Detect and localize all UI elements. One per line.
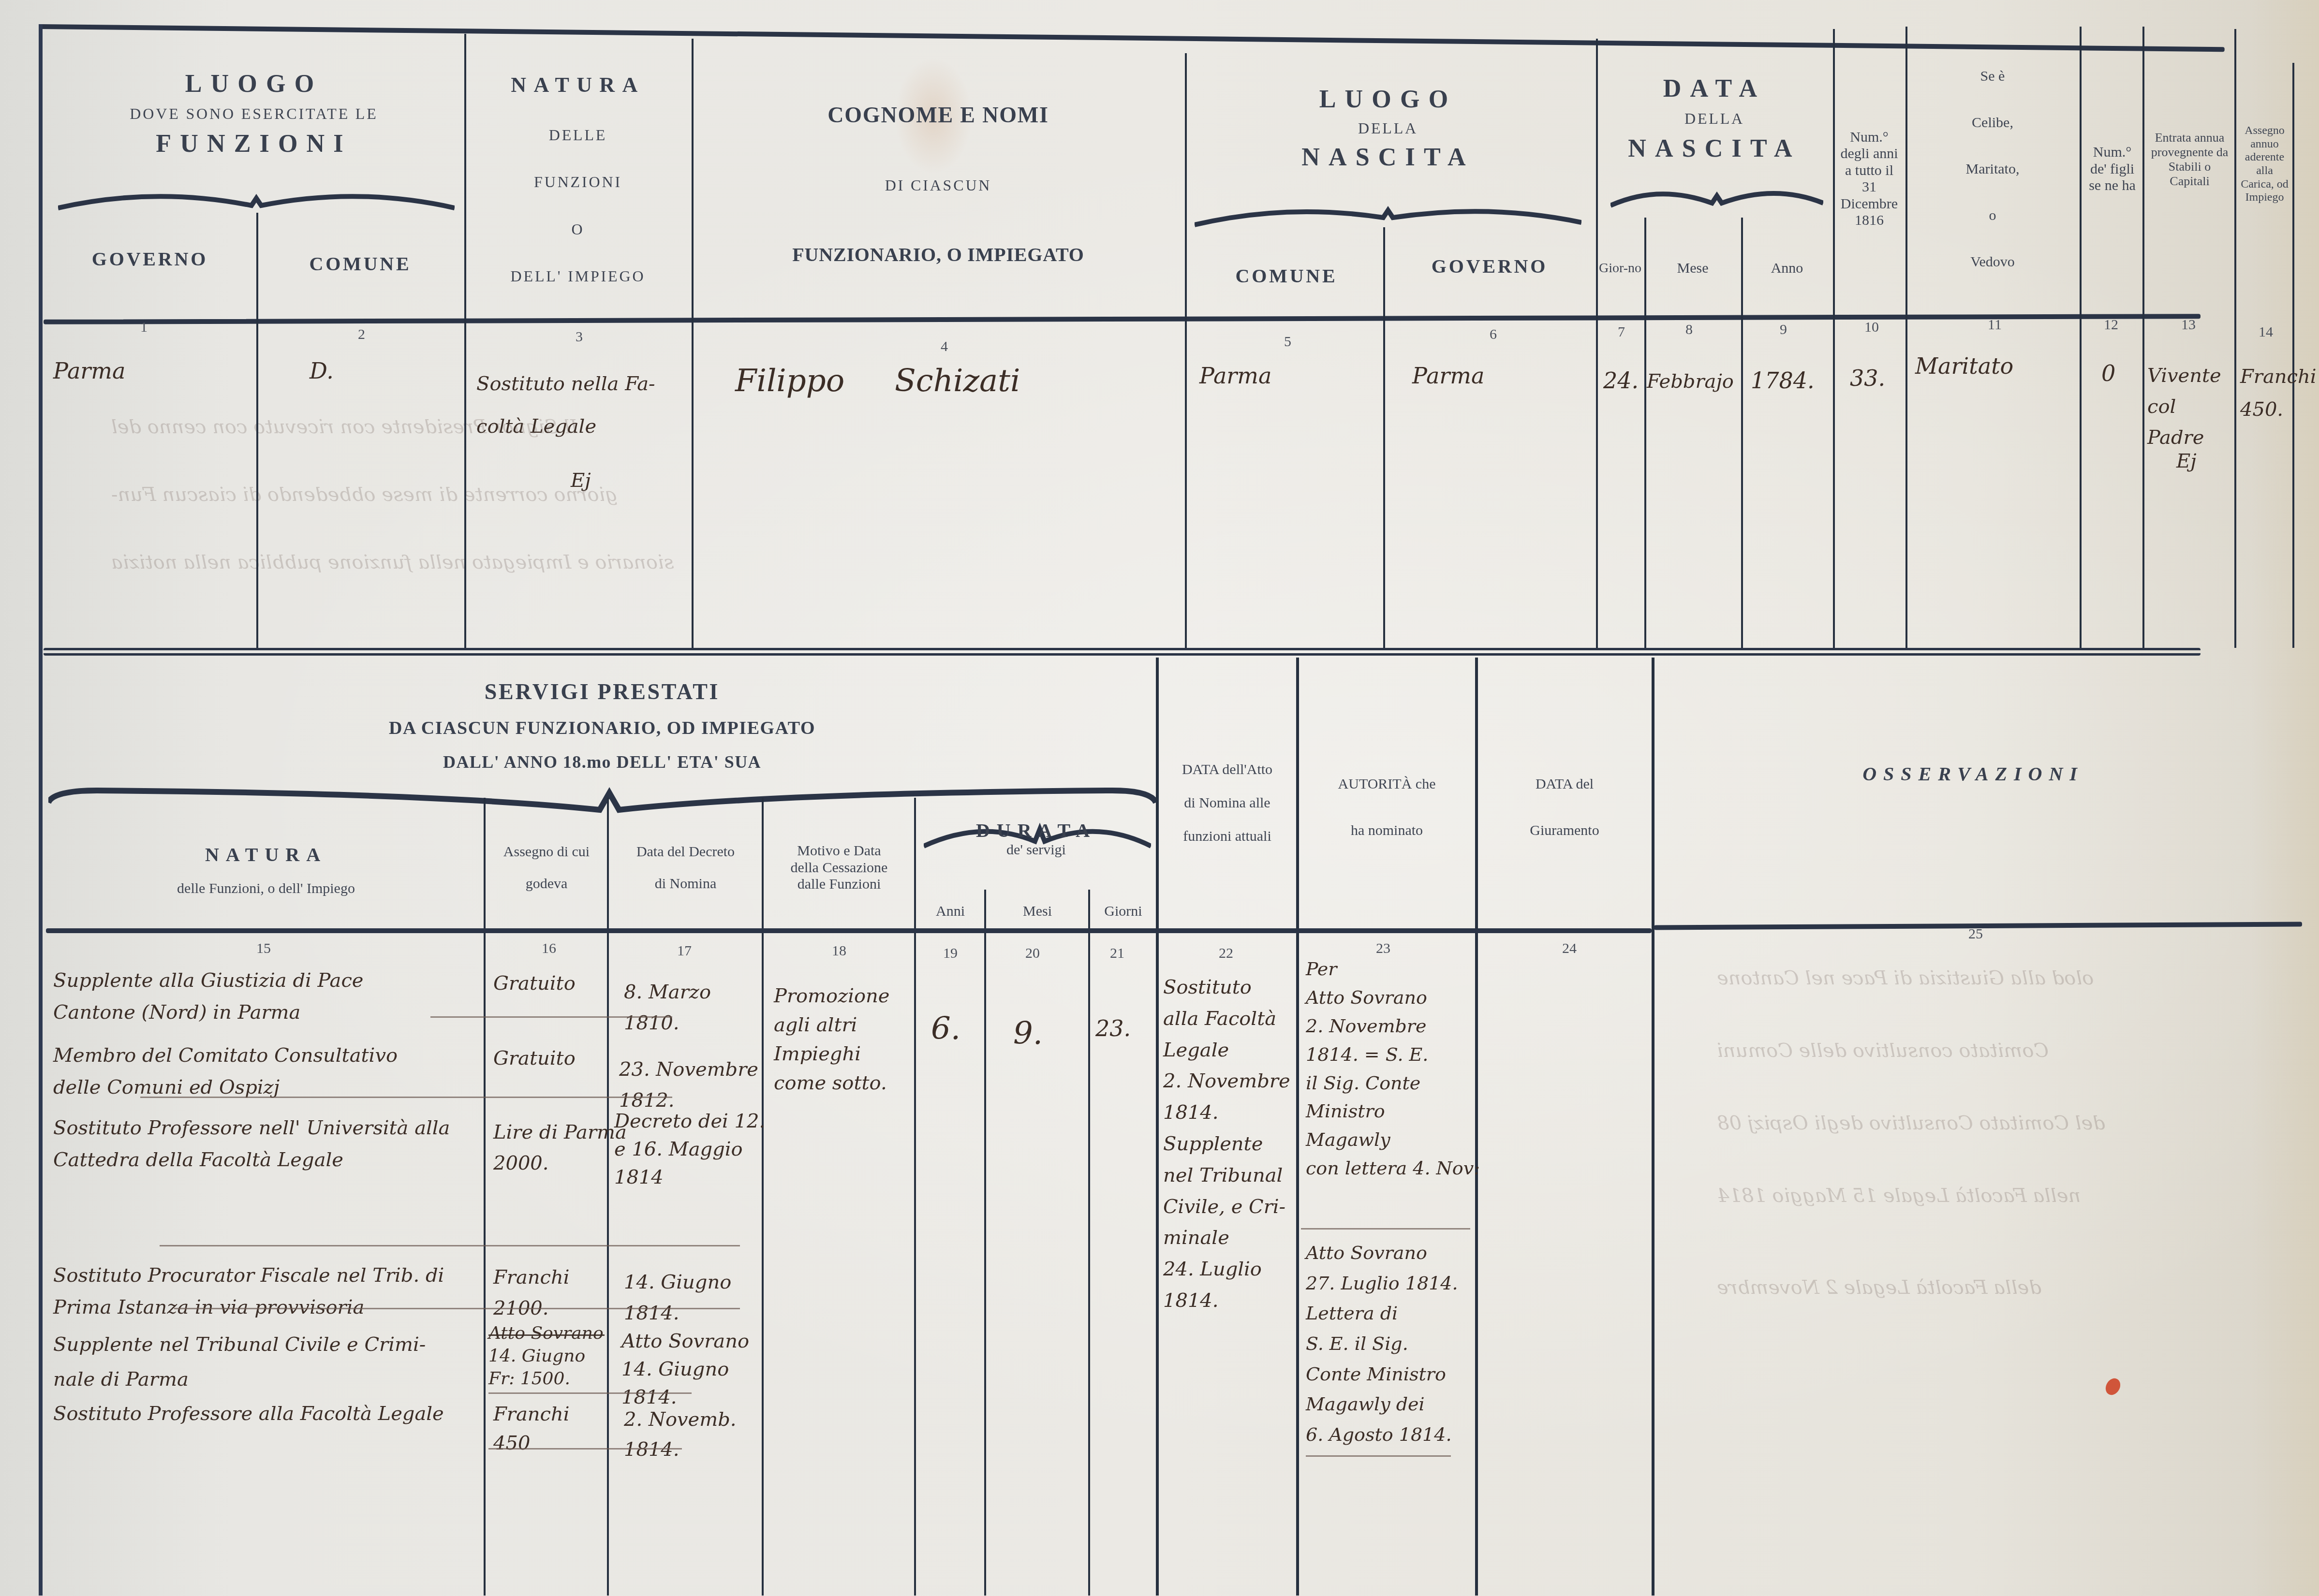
service-data: 2. Novemb. 1814. — [624, 1405, 736, 1464]
header-nascita-governo: GOVERNO — [1383, 232, 1596, 300]
column-number: 13 — [2181, 317, 2196, 333]
header-governo: GOVERNO — [44, 222, 256, 295]
bleed-through-text: della Facoltà Legale 2 Novembre — [1717, 1276, 2041, 1299]
header-mesi: Mesi — [987, 899, 1088, 923]
cell-entrata: Vivente col Padre — [2147, 360, 2234, 453]
service-data: 23. Novembre 1812. — [619, 1054, 758, 1116]
column-number: 18 — [832, 943, 846, 959]
column-number: 11 — [1988, 317, 2002, 333]
row-separator — [1301, 1228, 1470, 1230]
col-divider — [984, 890, 986, 1596]
column-number: 25 — [1968, 926, 1983, 942]
header-nascita-comune: COMUNE — [1190, 242, 1383, 309]
row-separator — [140, 1097, 672, 1098]
column-number: 16 — [542, 940, 556, 957]
header-comune: COMUNE — [256, 222, 464, 305]
col-divider — [1833, 29, 1835, 648]
col-divider — [1088, 890, 1090, 1596]
bleed-through-text: giorno corrente di mese obbedendo di cia… — [111, 483, 618, 506]
strikethrough — [488, 1334, 605, 1336]
service-natura: Membro del Comitato Consultativo delle C… — [53, 1040, 398, 1103]
header-entrata: Entrata annua provegnente da Stabili o C… — [2145, 58, 2234, 261]
row-separator — [1306, 1455, 1451, 1457]
header-autorita: AUTORITÀ che ha nominato — [1299, 706, 1475, 909]
col-divider — [2080, 27, 2082, 648]
header-luogo-nascita: LUOGO DELLA NASCITA — [1195, 63, 1581, 193]
service-natura: Sostituto Professore alla Facoltà Legale — [53, 1402, 444, 1425]
row-separator — [488, 1448, 682, 1450]
column-number: 9 — [1780, 322, 1787, 338]
column-number: 23 — [1376, 940, 1390, 957]
left-border — [39, 24, 43, 1596]
col-divider — [2142, 27, 2144, 648]
header-data-atto: DATA dell'Atto di Nomina alle funzioni a… — [1158, 687, 1296, 919]
lower-header-rule — [46, 928, 1652, 933]
service-data: 8. Marzo 1810. — [624, 977, 711, 1039]
col-divider — [762, 798, 764, 1596]
service-assegno: Gratuito — [493, 972, 576, 995]
header-mese: Mese — [1644, 227, 1741, 309]
column-number: 10 — [1864, 319, 1879, 336]
col-divider — [484, 798, 486, 1596]
service-natura: Sostituto Professore nell' Università al… — [53, 1112, 450, 1176]
header-natura-funzioni: NATURA delle Funzioni, o dell' Impiego — [48, 822, 484, 919]
cell-nome: Filippo — [735, 363, 844, 400]
service-assegno: Franchi 2100. — [493, 1262, 569, 1324]
col-divider — [2292, 63, 2294, 648]
header-assegno: Assegno annuo aderente alla Carica, od I… — [2237, 39, 2292, 290]
header-data-decreto: Data del Decreto di Nomina — [609, 812, 762, 923]
cell-anno: 1784. — [1751, 367, 1815, 394]
column-number: 3 — [576, 329, 583, 345]
header-motivo: Motivo e Data della Cessazione dalle Fun… — [764, 812, 914, 923]
cell-durata-giorni: 23. — [1095, 1015, 1131, 1042]
service-assegno: Atto Sovrano 14. Giugno Fr: 1500. — [488, 1322, 604, 1390]
column-number: 22 — [1219, 945, 1233, 962]
service-natura: Sostituto Procurator Fiscale nel Trib. d… — [53, 1259, 444, 1323]
cell-nascita-governo: Parma — [1412, 363, 1484, 389]
bleed-through-text: Comitato consultivo delle Comuni — [1717, 1040, 2049, 1062]
cell-governo: Parma — [53, 358, 125, 384]
column-number: 2 — [358, 326, 365, 343]
column-number: 5 — [1284, 334, 1291, 350]
cell-mese: Febbrajo — [1647, 370, 1734, 393]
column-number: 1 — [140, 319, 148, 336]
bleed-through-text: del Comitato Consultivo degli Ospizj 08 — [1717, 1112, 2105, 1134]
cell-autorita-1: Per Atto Sovrano 2. Novembre 1814. = S. … — [1306, 955, 1480, 1183]
cell-natura-mark: Ej — [571, 469, 591, 492]
column-number: 4 — [941, 338, 948, 355]
cell-giorno: 24. — [1603, 367, 1639, 394]
service-assegno: Lire di Parma 2000. — [493, 1117, 627, 1179]
row-separator — [174, 1308, 740, 1309]
col-divider — [914, 798, 916, 1596]
brace-icon — [1195, 203, 1581, 232]
column-number: 7 — [1618, 324, 1625, 340]
header-anni: Anni — [916, 899, 984, 923]
cell-comune: D. — [310, 358, 334, 384]
header-luogo-funzioni: LUOGO DOVE SONO ESERCITATE LE FUNZIONI — [44, 53, 464, 174]
service-data: Atto Sovrano 14. Giugno 1814. — [621, 1327, 749, 1411]
upper-table-bottom-rule — [44, 648, 2201, 656]
header-anno: Anno — [1741, 227, 1833, 309]
header-num-anni: Num.° degli anni a tutto il 31 Dicembre … — [1835, 58, 1903, 300]
cell-cognome: Schizati — [895, 363, 1020, 400]
cell-autorita-2: Atto Sovrano 27. Luglio 1814. Lettera di… — [1306, 1238, 1458, 1450]
column-number: 19 — [943, 945, 958, 962]
bleed-through-text: nella Facoltà Legale 15 Maggio 1814 — [1717, 1185, 2081, 1207]
cell-eta: 33. — [1850, 365, 1885, 392]
service-natura: Supplente nel Tribunal Civile e Crimi- n… — [53, 1327, 426, 1397]
header-data-giuramento: DATA del Giuramento — [1477, 706, 1652, 909]
column-number: 24 — [1562, 940, 1577, 957]
cell-durata-mesi: 9. — [1013, 1015, 1043, 1053]
cell-figli: 0 — [2101, 360, 2115, 387]
bleed-through-text: sionario e Impiegato nella funzione pubb… — [111, 551, 674, 573]
column-number: 6 — [1490, 326, 1497, 343]
cell-stato: Maritato — [1915, 353, 2013, 380]
cell-motivo: Promozione agli altri Impieghi come sott… — [774, 981, 890, 1098]
service-assegno: Gratuito — [493, 1047, 576, 1070]
cell-durata-anni: 6. — [931, 1010, 960, 1048]
row-separator — [488, 1392, 692, 1394]
brace-icon — [58, 189, 455, 218]
header-osservazioni: OSSERVAZIONI — [1654, 725, 2292, 822]
header-durata: DURATA de' servigi — [916, 812, 1156, 865]
service-natura: Supplente alla Giustizia di Pace Cantone… — [53, 965, 364, 1028]
col-divider — [1905, 27, 1907, 648]
bleed-through-text: olod alla Giustizia di Pace nel Cantone — [1717, 967, 2094, 989]
col-divider — [2234, 29, 2236, 648]
header-num-figli: Num.° de' figli se ne ha — [2082, 58, 2142, 280]
header-stato-civile: Se è Celibe, Maritato, o Vedovo — [1908, 53, 2077, 285]
column-number: 8 — [1685, 322, 1693, 338]
cell-assegno: Franchi 450. — [2240, 360, 2293, 426]
col-divider — [1185, 53, 1187, 648]
header-data-nascita: DATA DELLA NASCITA — [1596, 58, 1833, 179]
header-servigi-prestati: SERVIGI PRESTATI DA CIASCUN FUNZIONARIO,… — [48, 672, 1156, 778]
header-giorni: Giorni — [1091, 899, 1156, 923]
row-separator — [160, 1245, 740, 1246]
service-data: 14. Giugno 1814. — [624, 1267, 731, 1329]
column-number: 17 — [677, 943, 692, 959]
cell-data-atto: Sostituto alla Facoltà Legale 2. Novembr… — [1163, 972, 1290, 1317]
header-giorno: Gior-no — [1596, 227, 1644, 309]
service-data: Decreto dei 12. e 16. Maggio 1814 — [614, 1107, 765, 1191]
header-cognome-nomi: COGNOME E NOMI DI CIASCUN FUNZIONARIO, O… — [692, 77, 1185, 290]
header-natura: NATURA DELLE FUNZIONI O DELL' IMPIEGO — [464, 58, 692, 300]
col-divider — [607, 798, 609, 1596]
cell-natura: Sostituto nella Fa- coltà Legale — [476, 363, 655, 448]
column-number: 14 — [2259, 324, 2273, 340]
row-separator — [430, 1016, 672, 1018]
column-number: 20 — [1025, 945, 1040, 962]
cell-nascita-comune: Parma — [1199, 363, 1271, 389]
column-number: 21 — [1110, 945, 1124, 962]
column-number: 12 — [2104, 317, 2118, 333]
column-number: 15 — [256, 940, 271, 957]
header-assegno-godeva: Assegno di cui godeva — [486, 812, 607, 923]
cell-entrata-mark: Ej — [2176, 450, 2197, 473]
brace-icon — [1610, 184, 1823, 213]
